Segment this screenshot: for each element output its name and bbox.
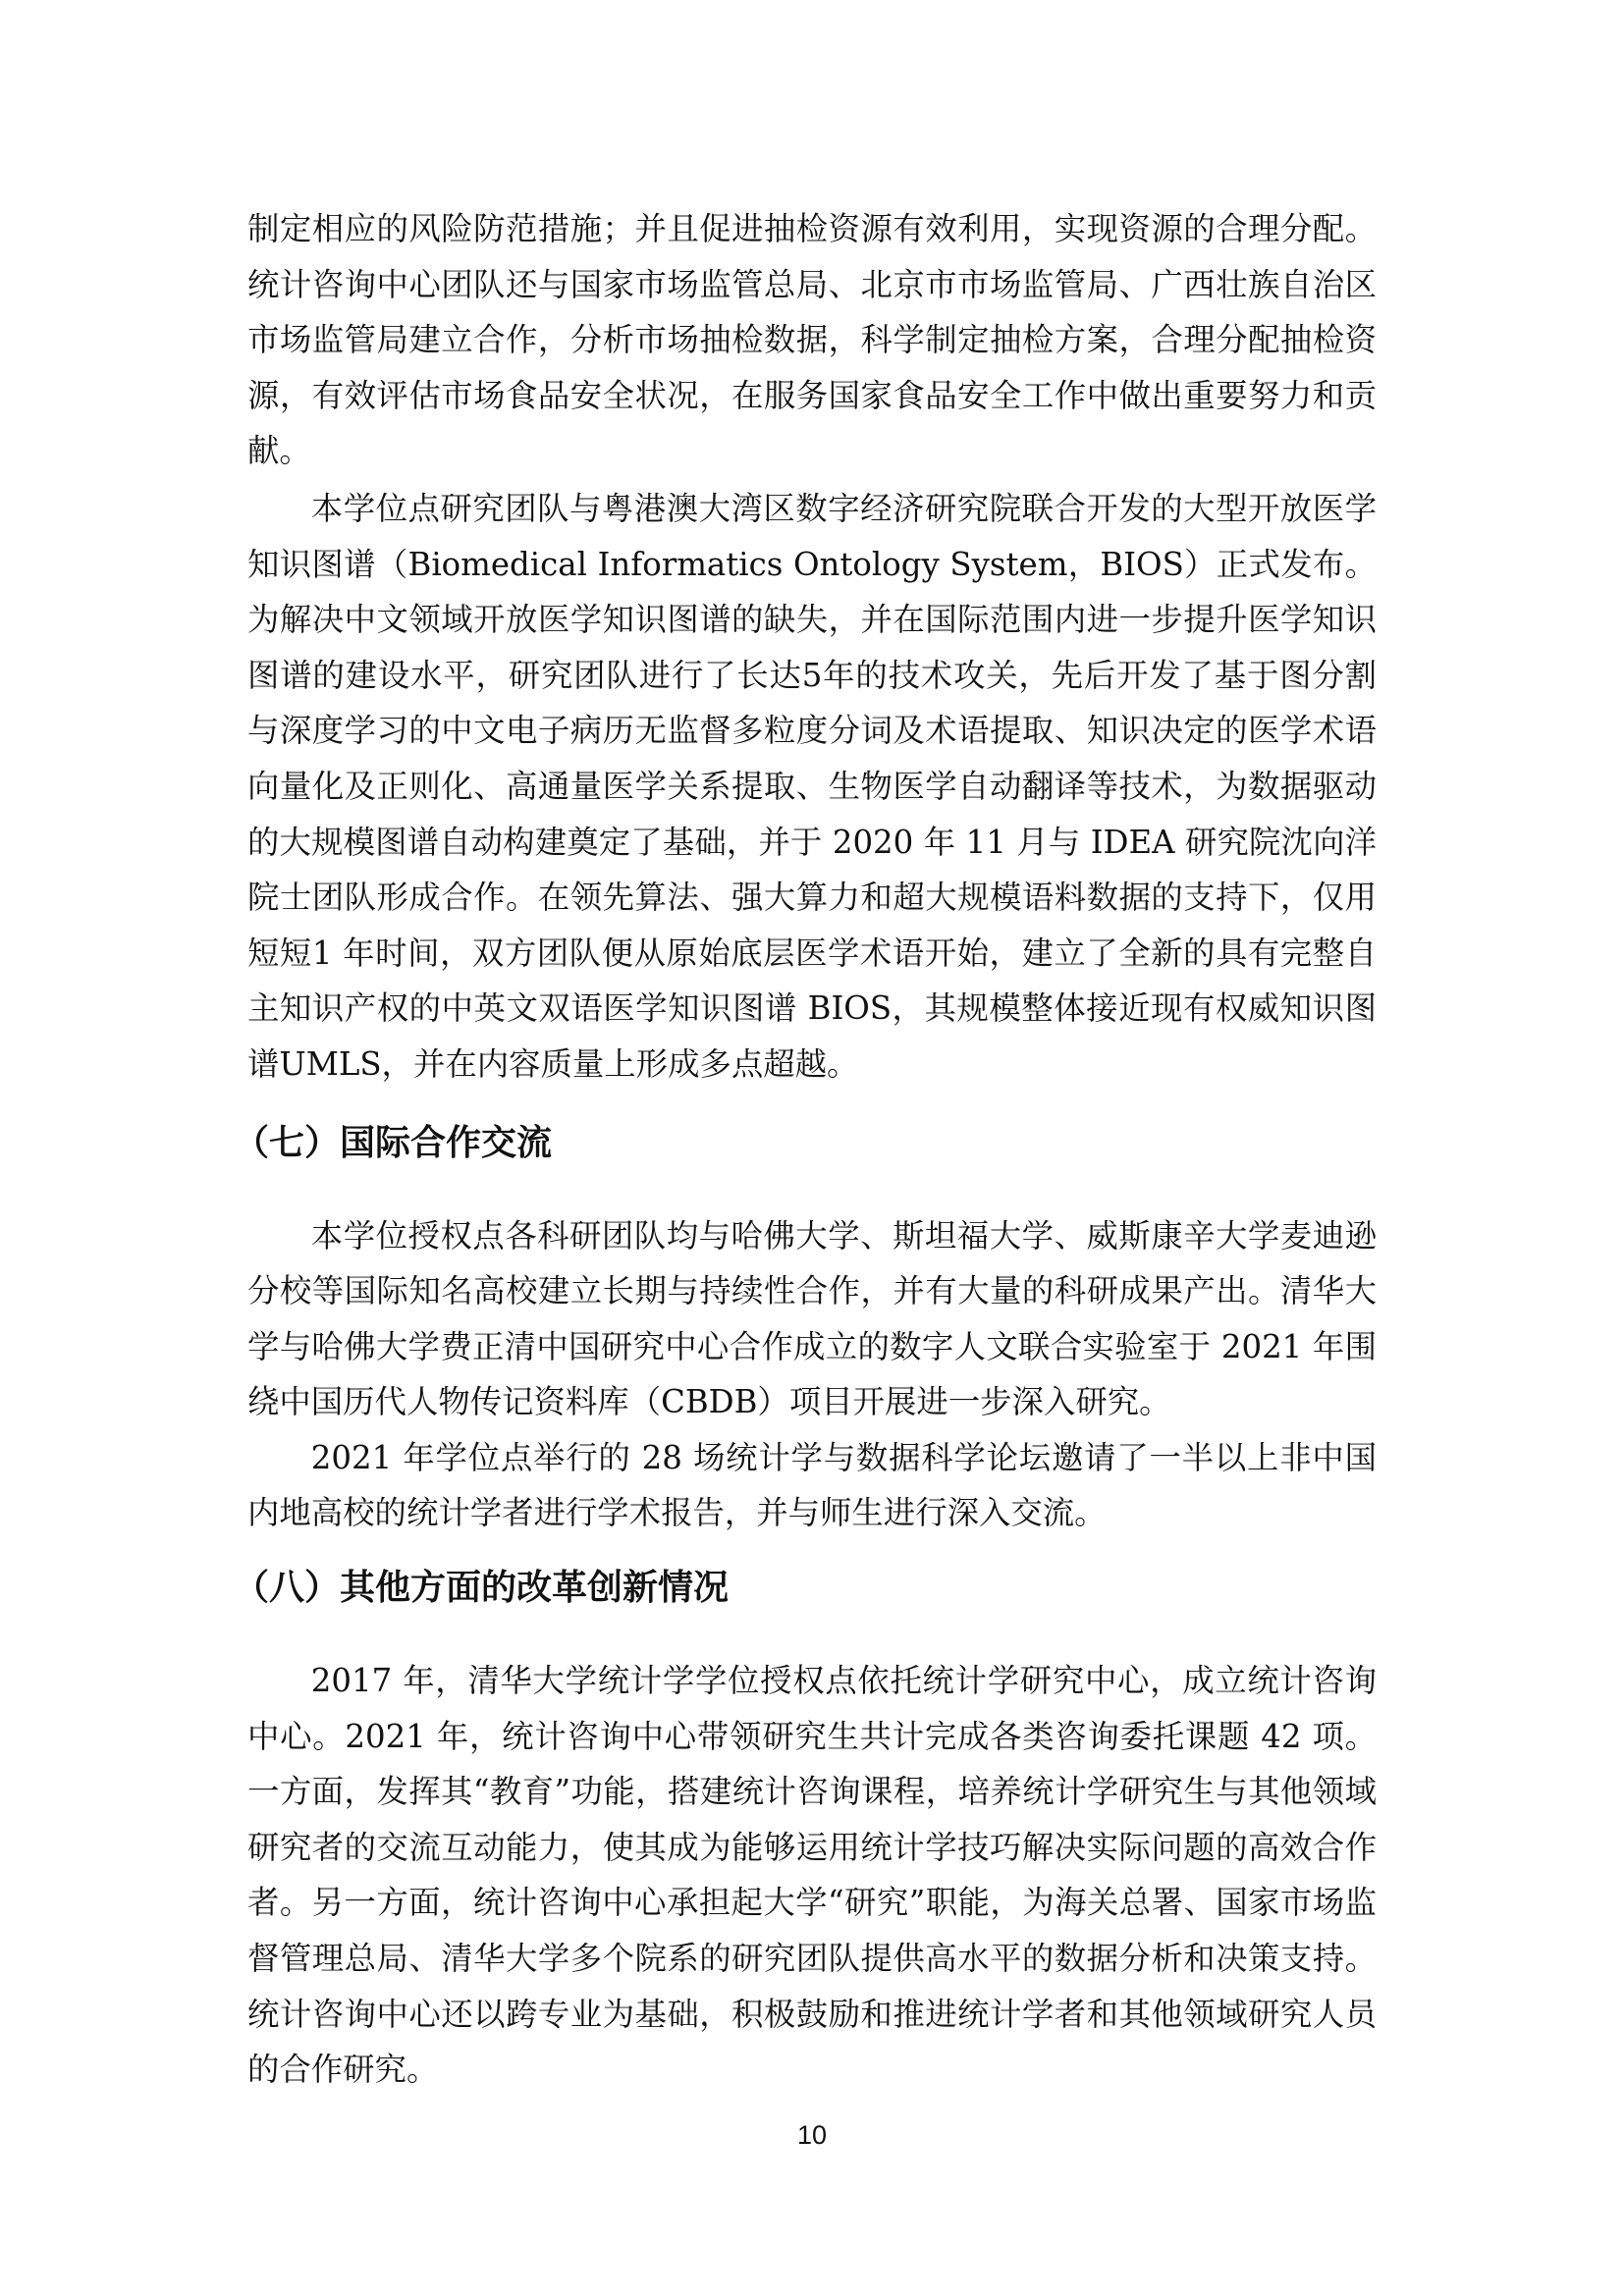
section-heading-international-cooperation: （七）国际合作交流 <box>234 1116 1377 1171</box>
paragraph-consulting-center: 2017 年，清华大学统计学学位授权点依托统计学研究中心，成立统计咨询中心。20… <box>247 1653 1377 2098</box>
paragraph-international-partners: 本学位授权点各科研团队均与哈佛大学、斯坦福大学、威斯康辛大学麦迪逊分校等国际知名… <box>247 1208 1377 1430</box>
paragraph-bios-knowledge-graph: 本学位点研究团队与粤港澳大湾区数字经济研究院联合开发的大型开放医学知识图谱（Bi… <box>247 481 1377 1093</box>
section-heading-other-reforms: （八）其他方面的改革创新情况 <box>234 1561 1377 1616</box>
paragraph-forum: 2021 年学位点举行的 28 场统计学与数据科学论坛邀请了一半以上非中国内地高… <box>247 1430 1377 1541</box>
paragraph-risk-prevention: 制定相应的风险防范措施；并且促进抽检资源有效利用，实现资源的合理分配。统计咨询中… <box>247 201 1377 479</box>
page-number: 10 <box>0 2120 1624 2151</box>
document-page: 制定相应的风险防范措施；并且促进抽检资源有效利用，实现资源的合理分配。统计咨询中… <box>247 201 1377 2098</box>
